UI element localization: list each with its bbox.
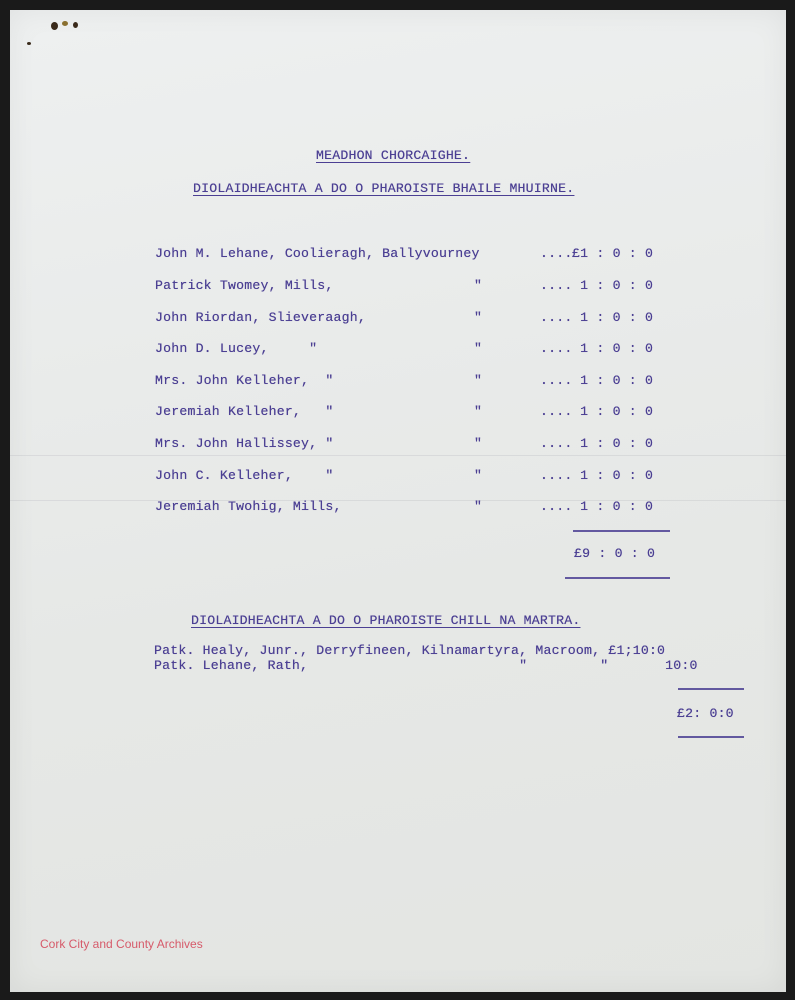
section1-heading: DIOLAIDHEACHTA A DO O PHAROISTE BHAILE M… — [193, 181, 574, 196]
list-item-ditto: " — [474, 341, 482, 356]
list-item-name: Mrs. John Hallissey, " — [155, 436, 334, 451]
list-item-name: John M. Lehane, Coolieragh, Ballyvourney — [155, 246, 480, 261]
list-item-name: Jeremiah Twohig, Mills, — [155, 499, 342, 514]
section2-total: £2: 0:0 — [677, 706, 734, 721]
list-item-amount: 1 : 0 : 0 — [572, 499, 653, 514]
list-item-amount: 1 : 0 : 0 — [572, 404, 653, 419]
list-item-dots: .... — [540, 468, 572, 483]
list-item: Patk. Lehane, Rath, " " 10:0 — [154, 658, 698, 673]
list-item-name: John C. Kelleher, " — [155, 468, 334, 483]
list-item-name: Mrs. John Kelleher, " — [155, 373, 334, 388]
list-item-name: John D. Lucey, " — [155, 341, 317, 356]
list-item-ditto: " — [474, 310, 482, 325]
list-item-dots: .... — [540, 310, 572, 325]
list-item-dots: .... — [540, 404, 572, 419]
section1-total: £9 : 0 : 0 — [574, 546, 655, 561]
archive-watermark: Cork City and County Archives — [40, 937, 203, 951]
list-item-ditto: " — [474, 499, 482, 514]
list-item-dots: .... — [540, 373, 572, 388]
list-item-amount: 1 : 0 : 0 — [572, 373, 653, 388]
list-item-amount: £1 : 0 : 0 — [572, 246, 653, 261]
list-item-amount: 1 : 0 : 0 — [572, 341, 653, 356]
list-item-amount: 1 : 0 : 0 — [572, 468, 653, 483]
list-item-name: John Riordan, Slieveraagh, — [155, 310, 366, 325]
total-rule-bottom — [678, 736, 744, 738]
section2-heading: DIOLAIDHEACHTA A DO O PHAROISTE CHILL NA… — [191, 613, 580, 628]
list-item-ditto: " — [474, 436, 482, 451]
list-item-dots: .... — [540, 246, 572, 261]
paper-fold-line — [10, 455, 786, 456]
list-item-dots: .... — [540, 436, 572, 451]
total-rule-bottom — [565, 577, 670, 579]
list-item-amount: 1 : 0 : 0 — [572, 436, 653, 451]
list-item-name: Jeremiah Kelleher, " — [155, 404, 334, 419]
paper-fold-line — [10, 500, 786, 501]
list-item-ditto: " — [474, 404, 482, 419]
list-item-ditto: " — [474, 468, 482, 483]
list-item-amount: 1 : 0 : 0 — [572, 278, 653, 293]
list-item-dots: .... — [540, 278, 572, 293]
list-item-ditto: " — [474, 278, 482, 293]
list-item-ditto: " — [474, 373, 482, 388]
list-item-dots: .... — [540, 341, 572, 356]
document-title: MEADHON CHORCAIGHE. — [316, 148, 470, 163]
list-item-dots: .... — [540, 499, 572, 514]
list-item-amount: 1 : 0 : 0 — [572, 310, 653, 325]
list-item-name: Patrick Twomey, Mills, — [155, 278, 334, 293]
total-rule-top — [573, 530, 670, 532]
total-rule-top — [678, 688, 744, 690]
list-item: Patk. Healy, Junr., Derryfineen, Kilnama… — [154, 643, 665, 658]
